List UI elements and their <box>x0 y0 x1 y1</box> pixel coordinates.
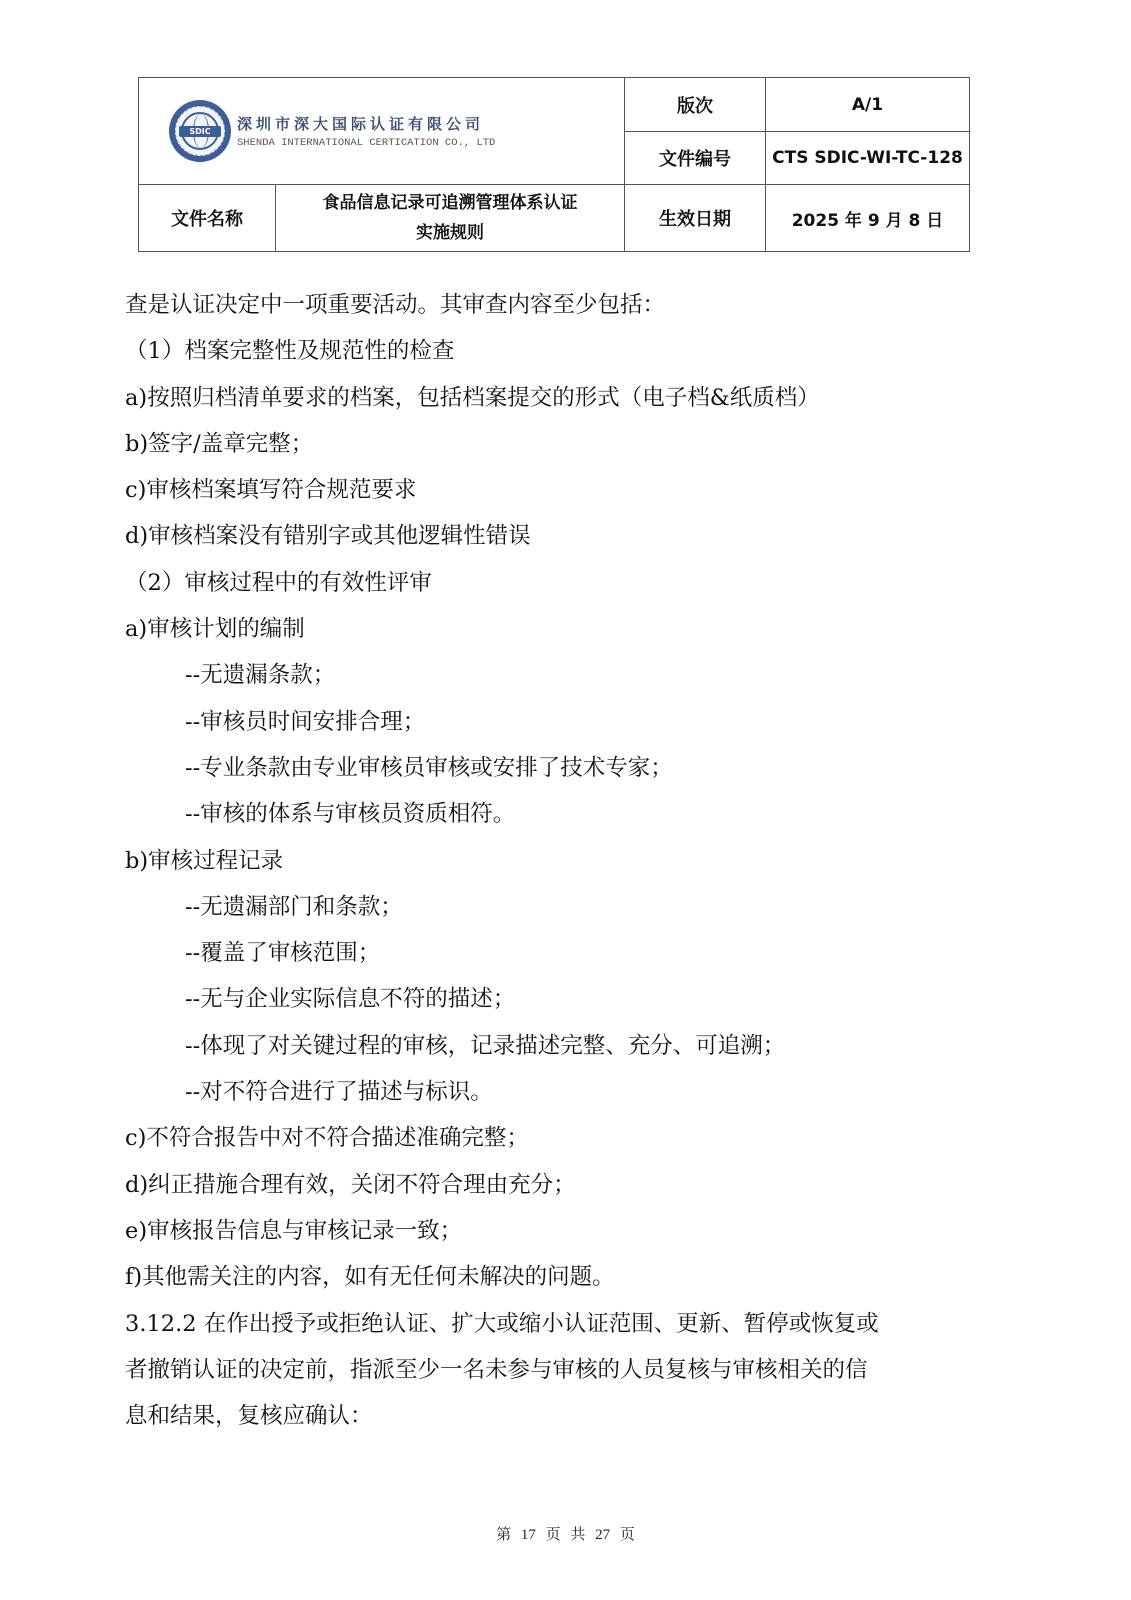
sub-list-item: --无遗漏部门和条款； <box>125 884 995 930</box>
version-value: A/1 <box>766 78 970 132</box>
doc-number-label: 文件编号 <box>625 132 766 185</box>
sub-list-item: --审核的体系与审核员资质相符。 <box>125 791 995 837</box>
list-item: a)按照归档清单要求的档案，包括档案提交的形式（电子档&纸质档） <box>125 375 995 421</box>
doc-number-value: CTS SDIC-WI-TC-128 <box>766 132 970 185</box>
version-label: 版次 <box>625 78 766 132</box>
list-item: a)审核计划的编制 <box>125 606 995 652</box>
list-item: b)审核过程记录 <box>125 838 995 884</box>
list-item: c)审核档案填写符合规范要求 <box>125 467 995 513</box>
list-item: d)审核档案没有错别字或其他逻辑性错误 <box>125 513 995 559</box>
sub-list-item: --覆盖了审核范围； <box>125 930 995 976</box>
list-item: f)其他需关注的内容，如有无任何未解决的问题。 <box>125 1254 995 1300</box>
paragraph-line: 者撤销认证的决定前，指派至少一名未参与审核的人员复核与审核相关的信 <box>125 1347 995 1393</box>
section-heading: （1）档案完整性及规范性的检查 <box>125 328 995 374</box>
sub-list-item: --对不符合进行了描述与标识。 <box>125 1069 995 1115</box>
company-name-cn: 深圳市深大国际认证有限公司 <box>237 113 495 134</box>
paragraph-line: 3.12.2 在作出授予或拒绝认证、扩大或缩小认证范围、更新、暂停或恢复或 <box>125 1301 995 1347</box>
sub-list-item: --无与企业实际信息不符的描述； <box>125 976 995 1022</box>
sub-list-item: --无遗漏条款； <box>125 652 995 698</box>
company-logo-icon: SDIC <box>169 100 231 162</box>
list-item: b)签字/盖章完整； <box>125 421 995 467</box>
doc-name-value: 食品信息记录可追溯管理体系认证 实施规则 <box>276 185 625 252</box>
paragraph-line: 查是认证决定中一项重要活动。其审查内容至少包括： <box>125 282 995 328</box>
sub-list-item: --专业条款由专业审核员审核或安排了技术专家； <box>125 745 995 791</box>
effective-date-label: 生效日期 <box>625 185 766 252</box>
list-item: c)不符合报告中对不符合描述准确完整； <box>125 1115 995 1161</box>
doc-name-label: 文件名称 <box>139 185 276 252</box>
paragraph-line: 息和结果，复核应确认： <box>125 1393 995 1439</box>
page-number: 第 17 页 共 27 页 <box>0 1523 1131 1544</box>
document-header-table: SDIC 深圳市深大国际认证有限公司 SHENDA INTERNATIONAL … <box>138 77 970 252</box>
sub-list-item: --体现了对关键过程的审核，记录描述完整、充分、可追溯； <box>125 1023 995 1069</box>
company-logo-cell: SDIC 深圳市深大国际认证有限公司 SHENDA INTERNATIONAL … <box>139 78 625 185</box>
company-name-en: SHENDA INTERNATIONAL CERTICATION CO., LT… <box>237 137 495 149</box>
list-item: e)审核报告信息与审核记录一致； <box>125 1208 995 1254</box>
section-heading: （2）审核过程中的有效性评审 <box>125 560 995 606</box>
document-body: 查是认证决定中一项重要活动。其审查内容至少包括： （1）档案完整性及规范性的检查… <box>125 282 995 1439</box>
effective-date-value: 2025 年 9 月 8 日 <box>766 185 970 252</box>
list-item: d)纠正措施合理有效，关闭不符合理由充分； <box>125 1162 995 1208</box>
sub-list-item: --审核员时间安排合理； <box>125 699 995 745</box>
